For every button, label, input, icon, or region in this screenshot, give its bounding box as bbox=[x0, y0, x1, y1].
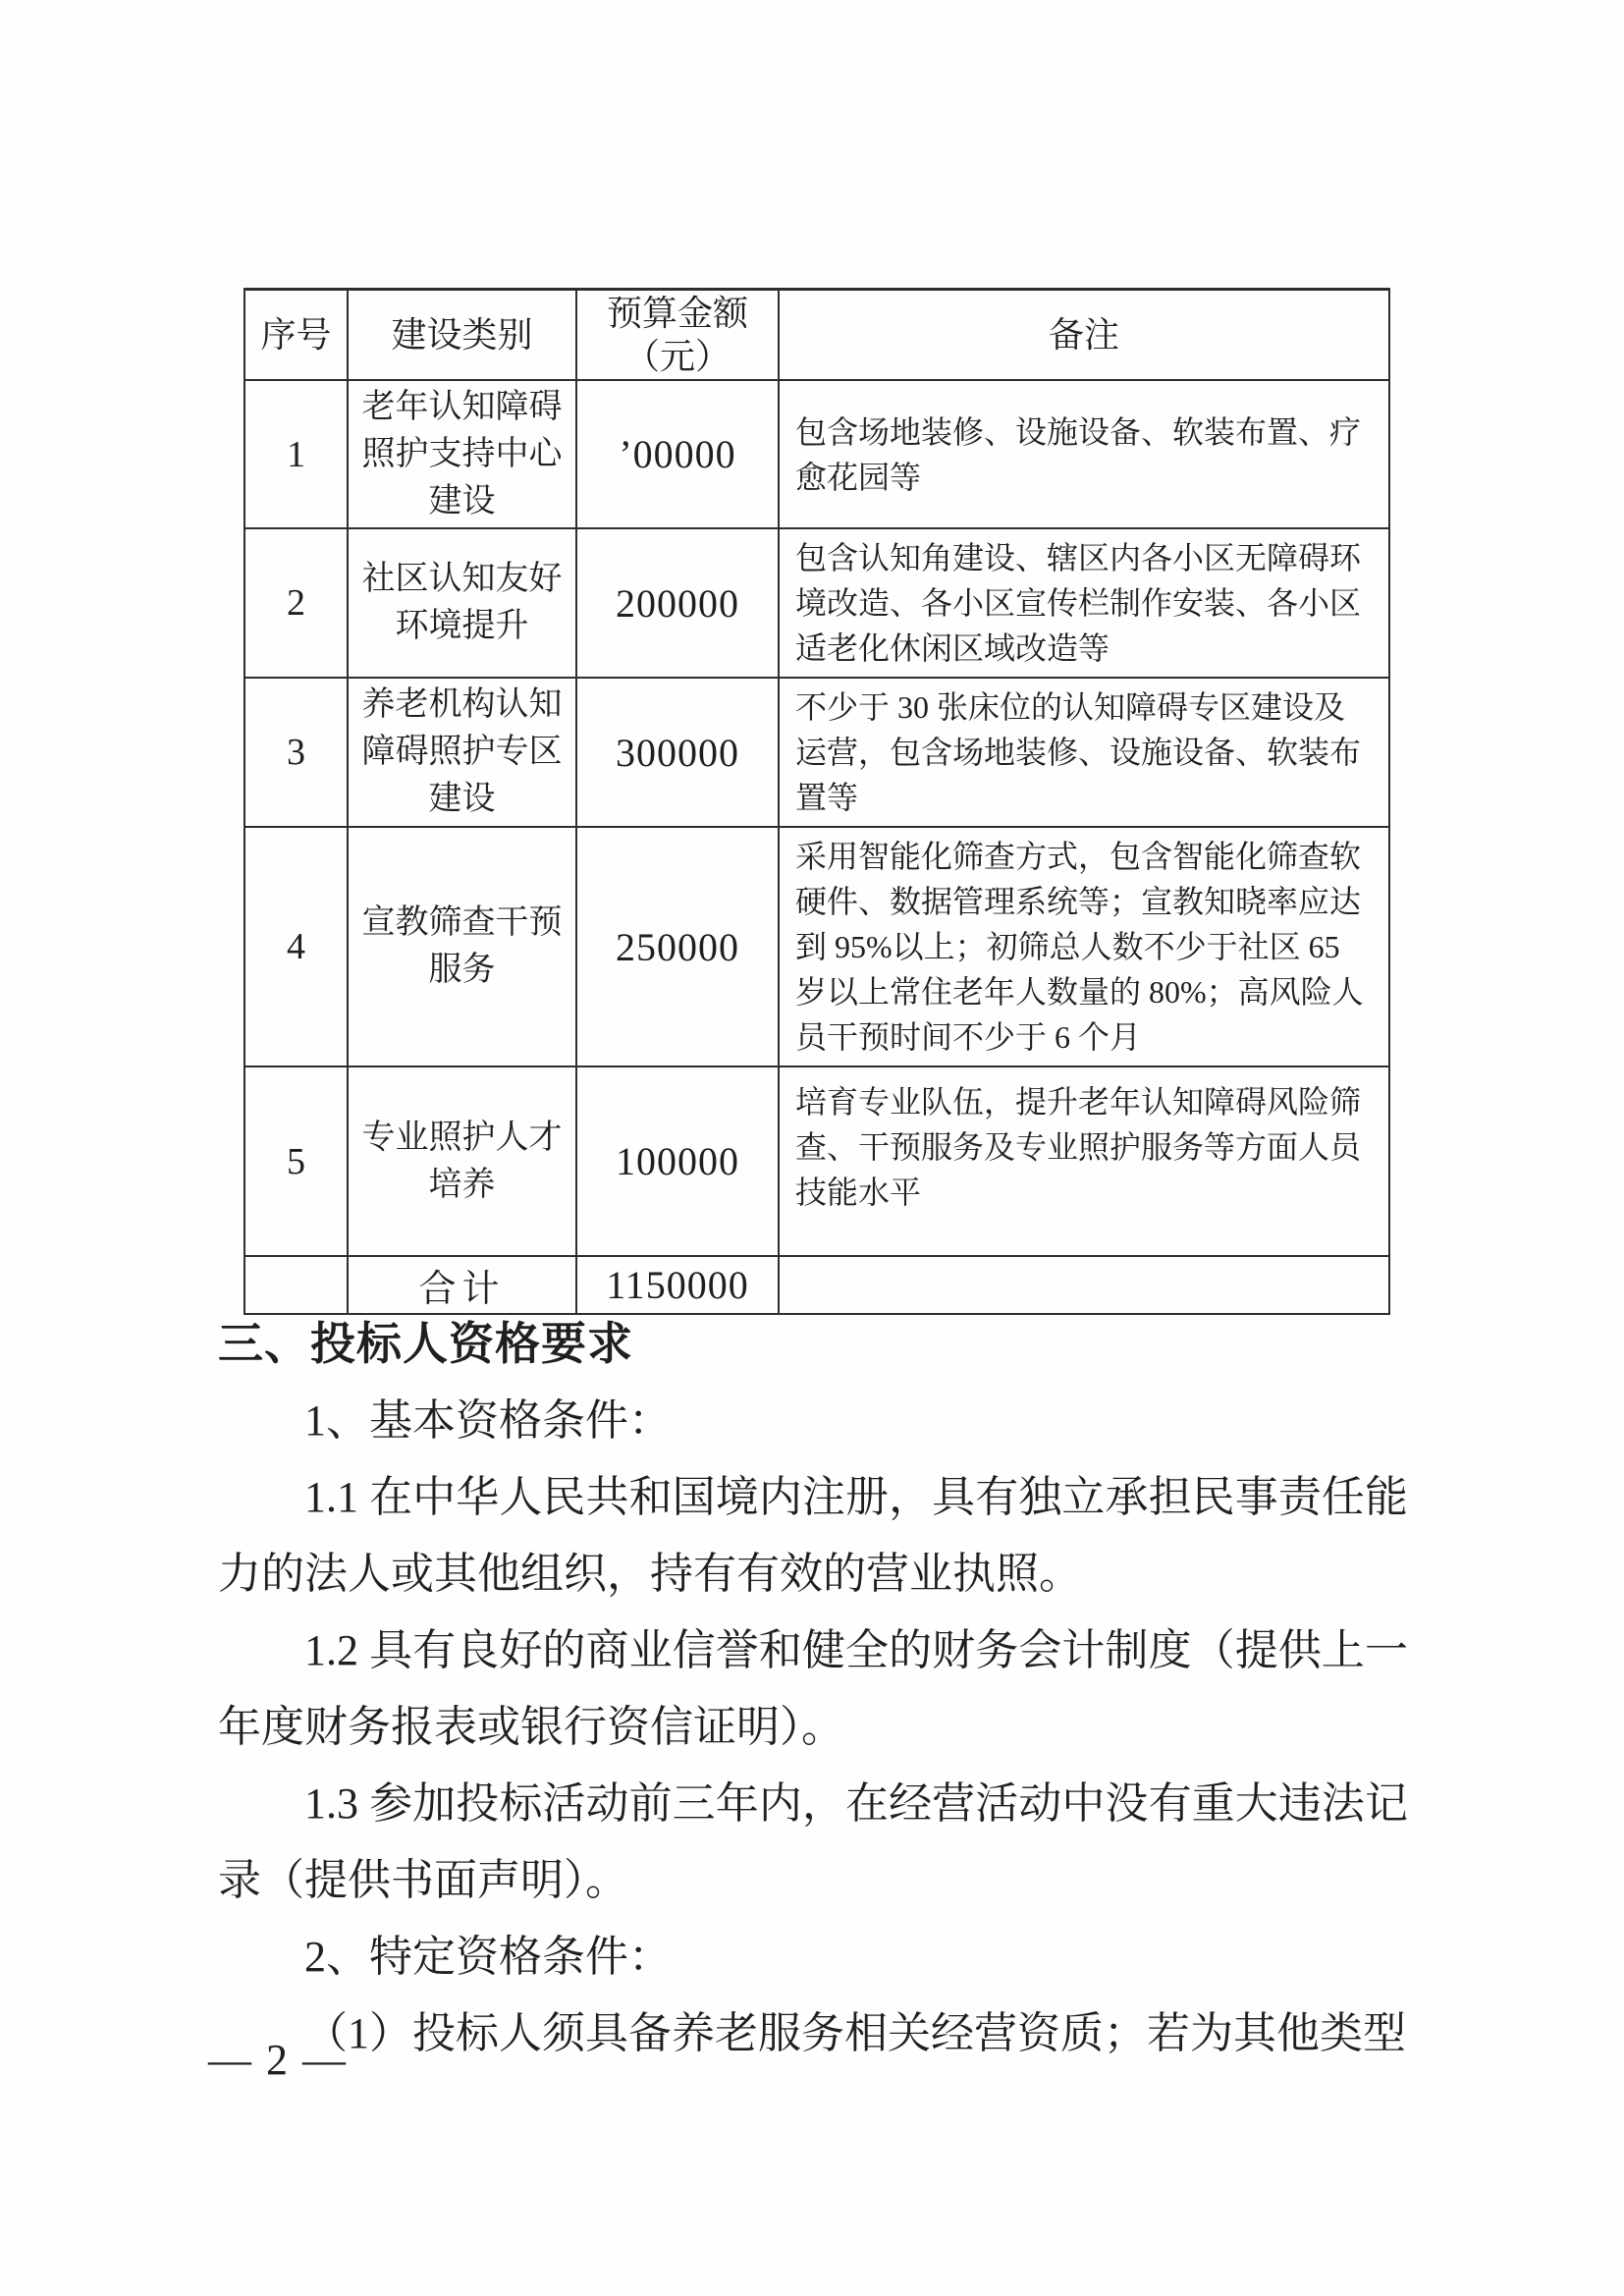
col-header-no: 序号 bbox=[244, 290, 348, 381]
row2-remark: 包含认知角建设、辖区内各小区无障碍环境改造、各小区宣传栏制作安装、各小区适老化休… bbox=[779, 528, 1389, 678]
row4-category: 宣教筛查干预服务 bbox=[348, 827, 576, 1066]
row3-category: 养老机构认知障碍照护专区建设 bbox=[348, 678, 576, 827]
paragraph-1-2: 1.2 具有良好的商业信誉和健全的财务会计制度（提供上一年度财务报表或银行资信证… bbox=[218, 1613, 1408, 1766]
row2-no: 2 bbox=[244, 528, 348, 678]
row1-category: 老年认知障碍照护支持中心建设 bbox=[348, 380, 576, 528]
row3-budget: 300000 bbox=[576, 678, 779, 827]
paragraph-1-3: 1.3 参加投标活动前三年内，在经营活动中没有重大违法记录（提供书面声明）。 bbox=[218, 1766, 1408, 1919]
row5-category: 专业照护人才培养 bbox=[348, 1066, 576, 1256]
page-number: — 2 — bbox=[208, 2035, 348, 2085]
table-row: 4 宣教筛查干预服务 250000 采用智能化筛查方式，包含智能化筛查软硬件、数… bbox=[244, 827, 1389, 1066]
table-row: 3 养老机构认知障碍照护专区建设 300000 不少于 30 张床位的认知障碍专… bbox=[244, 678, 1389, 827]
body-text: 三、投标人资格要求 1、基本资格条件： 1.1 在中华人民共和国境内注册，具有独… bbox=[218, 1306, 1408, 2072]
col-header-budget: 预算金额 （元） bbox=[576, 290, 779, 381]
row4-no: 4 bbox=[244, 827, 348, 1066]
paragraph-basic-conditions: 1、基本资格条件： bbox=[218, 1383, 1408, 1459]
col-header-category: 建设类别 bbox=[348, 290, 576, 381]
scan-noise-speckles bbox=[0, 0, 3, 3]
row5-budget: 100000 bbox=[576, 1066, 779, 1256]
row5-no: 5 bbox=[244, 1066, 348, 1256]
row1-remark: 包含场地装修、设施设备、软装布置、疗愈花园等 bbox=[779, 380, 1389, 528]
row4-budget: 250000 bbox=[576, 827, 779, 1066]
row1-budget: ’00000 bbox=[576, 380, 779, 528]
row3-no: 3 bbox=[244, 678, 348, 827]
table-row: 2 社区认知友好环境提升 200000 包含认知角建设、辖区内各小区无障碍环境改… bbox=[244, 528, 1389, 678]
table-header-row: 序号 建设类别 预算金额 （元） 备注 bbox=[244, 290, 1389, 381]
row3-remark: 不少于 30 张床位的认知障碍专区建设及运营，包含场地装修、设施设备、软装布置等 bbox=[779, 678, 1389, 827]
row4-remark: 采用智能化筛查方式，包含智能化筛查软硬件、数据管理系统等；宣教知晓率应达到 95… bbox=[779, 827, 1389, 1066]
paragraph-1-1: 1.1 在中华人民共和国境内注册，具有独立承担民事责任能力的法人或其他组织，持有… bbox=[218, 1459, 1408, 1613]
row1-no: 1 bbox=[244, 380, 348, 528]
document-page: 序号 建设类别 预算金额 （元） 备注 1 老年认知障碍照护支持中心建设 ’00… bbox=[0, 0, 1624, 2296]
paragraph-special-conditions: 2、特定资格条件： bbox=[218, 1919, 1408, 1995]
col-header-budget-line2: （元） bbox=[578, 335, 777, 378]
row2-category: 社区认知友好环境提升 bbox=[348, 528, 576, 678]
budget-table: 序号 建设类别 预算金额 （元） 备注 1 老年认知障碍照护支持中心建设 ’00… bbox=[244, 288, 1390, 1315]
table-row: 1 老年认知障碍照护支持中心建设 ’00000 包含场地装修、设施设备、软装布置… bbox=[244, 380, 1389, 528]
row2-budget: 200000 bbox=[576, 528, 779, 678]
col-header-remark: 备注 bbox=[779, 290, 1389, 381]
paragraph-2-1: （1）投标人须具备养老服务相关经营资质；若为其他类型 bbox=[218, 1995, 1408, 2072]
table-row: 5 专业照护人才培养 100000 培育专业队伍，提升老年认知障碍风险筛查、干预… bbox=[244, 1066, 1389, 1256]
col-header-budget-line1: 预算金额 bbox=[578, 292, 777, 335]
row5-remark: 培育专业队伍，提升老年认知障碍风险筛查、干预服务及专业照护服务等方面人员技能水平 bbox=[779, 1066, 1389, 1256]
section-heading: 三、投标人资格要求 bbox=[218, 1306, 1408, 1383]
